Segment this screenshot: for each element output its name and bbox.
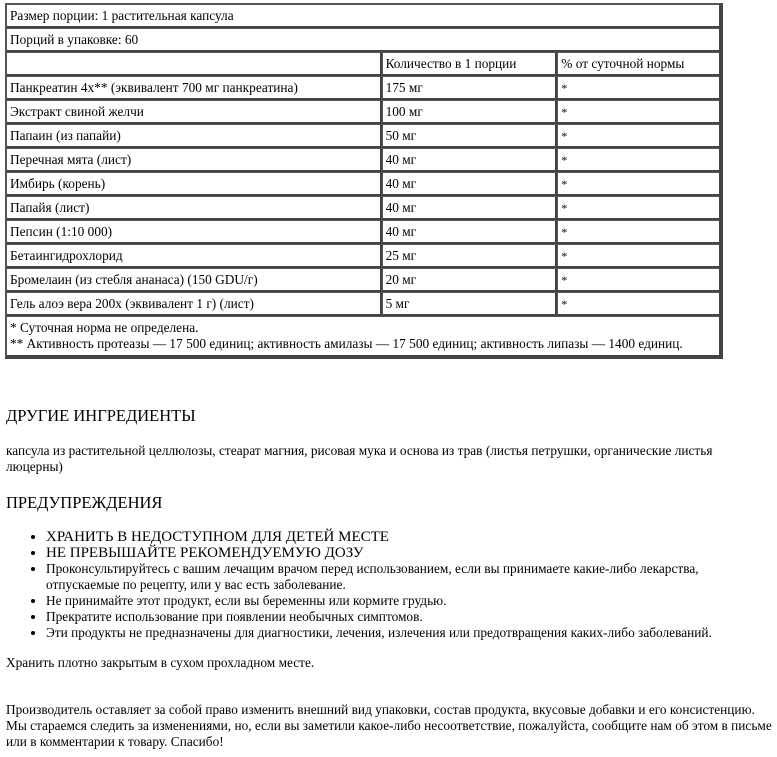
header-daily-value: % от суточной нормы [557,52,721,76]
table-row: Панкреатин 4x** (эквивалент 700 мг панкр… [6,76,721,100]
ingredient-daily-value: * [557,172,721,196]
ingredient-name: Пепсин (1:10 000) [6,220,382,244]
ingredient-amount: 20 мг [382,268,558,292]
ingredient-daily-value: * [557,244,721,268]
warning-item: Проконсультируйтесь с вашим лечащим врач… [46,561,766,593]
table-row: Экстракт свиной желчи 100 мг * [6,100,721,124]
supplement-facts-table: Размер порции: 1 растительная капсула По… [5,3,723,359]
warning-item: ХРАНИТЬ В НЕДОСТУПНОМ ДЛЯ ДЕТЕЙ МЕСТЕ [46,529,766,545]
ingredient-daily-value: * [557,124,721,148]
ingredient-daily-value: * [557,292,721,316]
ingredient-name: Папаин (из папайи) [6,124,382,148]
ingredient-amount: 40 мг [382,196,558,220]
ingredient-daily-value: * [557,196,721,220]
table-row: Бетаингидрохлорид 25 мг * [6,244,721,268]
ingredient-name: Бромелаин (из стебля ананаса) (150 GDU/г… [6,268,382,292]
footnotes: * Суточная норма не определена. ** Актив… [6,316,721,357]
header-blank [6,52,382,76]
serving-size-row: Размер порции: 1 растительная капсула [6,4,721,28]
ingredient-daily-value: * [557,76,721,100]
ingredient-name: Перечная мята (лист) [6,148,382,172]
servings-per-container: Порций в упаковке: 60 [6,28,721,52]
ingredient-name: Панкреатин 4x** (эквивалент 700 мг панкр… [6,76,382,100]
ingredient-daily-value: * [557,148,721,172]
table-header-row: Количество в 1 порции % от суточной норм… [6,52,721,76]
footnote-daily-value: * Суточная норма не определена. [10,320,716,336]
warnings-heading: ПРЕДУПРЕЖДЕНИЯ [6,493,162,513]
ingredient-amount: 100 мг [382,100,558,124]
ingredient-name: Имбирь (корень) [6,172,382,196]
warning-item: Не принимайте этот продукт, если вы бере… [46,593,766,609]
ingredient-amount: 175 мг [382,76,558,100]
table-row: Пепсин (1:10 000) 40 мг * [6,220,721,244]
ingredient-amount: 40 мг [382,172,558,196]
ingredient-daily-value: * [557,100,721,124]
ingredient-amount: 50 мг [382,124,558,148]
other-ingredients-text: капсула из растительной целлюлозы, стеар… [6,443,766,475]
ingredient-amount: 40 мг [382,148,558,172]
warning-item: Эти продукты не предназначены для диагно… [46,625,766,641]
warnings-list: ХРАНИТЬ В НЕДОСТУПНОМ ДЛЯ ДЕТЕЙ МЕСТЕ НЕ… [0,529,766,641]
table-row: Имбирь (корень) 40 мг * [6,172,721,196]
ingredient-amount: 40 мг [382,220,558,244]
footnote-enzyme-activity: ** Активность протеазы — 17 500 единиц; … [10,336,716,352]
table-row: Папаин (из папайи) 50 мг * [6,124,721,148]
ingredient-daily-value: * [557,220,721,244]
ingredient-name: Экстракт свиной желчи [6,100,382,124]
storage-instructions: Хранить плотно закрытым в сухом прохладн… [6,655,766,671]
table-row: Папайя (лист) 40 мг * [6,196,721,220]
servings-per-container-row: Порций в упаковке: 60 [6,28,721,52]
footnotes-row: * Суточная норма не определена. ** Актив… [6,316,721,357]
header-amount: Количество в 1 порции [382,52,558,76]
warning-item: Прекратите использование при появлении н… [46,609,766,625]
ingredient-name: Бетаингидрохлорид [6,244,382,268]
table-row: Бромелаин (из стебля ананаса) (150 GDU/г… [6,268,721,292]
warning-item: НЕ ПРЕВЫШАЙТЕ РЕКОМЕНДУЕМУЮ ДОЗУ [46,545,766,561]
ingredient-name: Папайя (лист) [6,196,382,220]
manufacturer-disclaimer: Производитель оставляет за собой право и… [6,702,776,750]
ingredient-amount: 5 мг [382,292,558,316]
table-row: Перечная мята (лист) 40 мг * [6,148,721,172]
serving-size: Размер порции: 1 растительная капсула [6,4,721,28]
other-ingredients-heading: ДРУГИЕ ИНГРЕДИЕНТЫ [6,406,196,426]
ingredient-name: Гель алоэ вера 200x (эквивалент 1 г) (ли… [6,292,382,316]
ingredient-daily-value: * [557,268,721,292]
table-row: Гель алоэ вера 200x (эквивалент 1 г) (ли… [6,292,721,316]
ingredient-amount: 25 мг [382,244,558,268]
